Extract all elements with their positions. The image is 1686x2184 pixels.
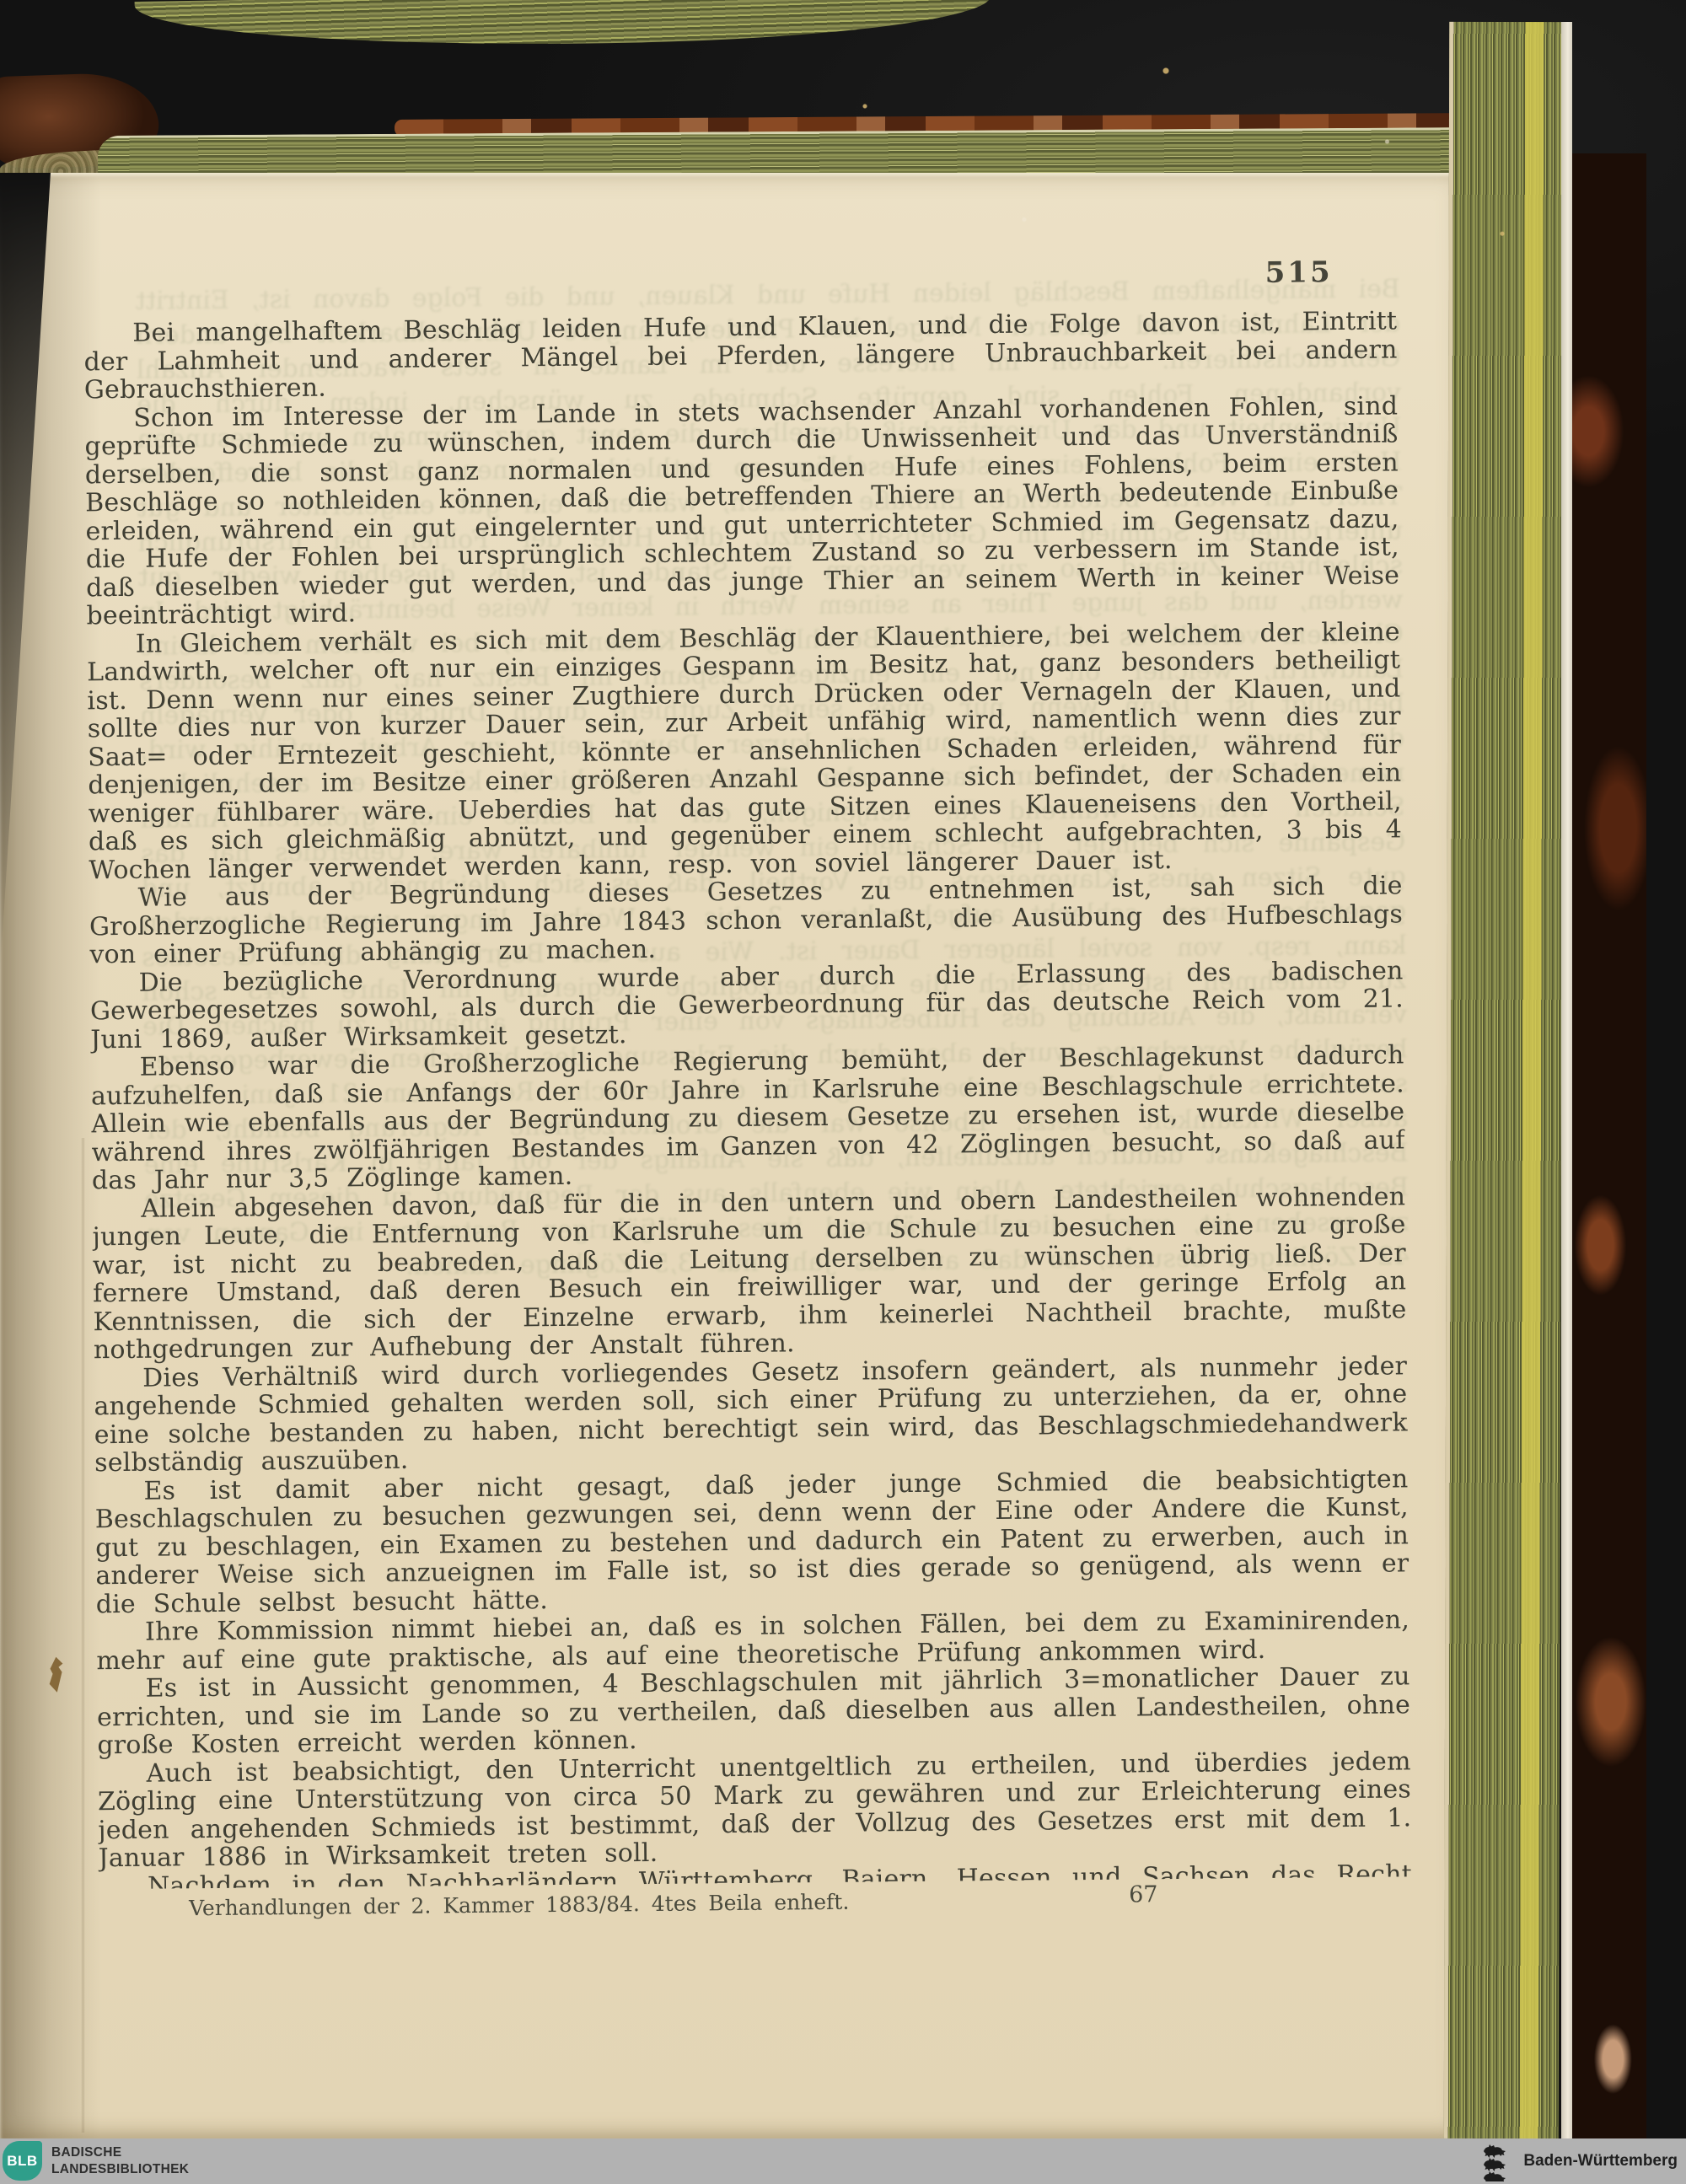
library-name-line2: LANDESBIBLIOTHEK (51, 2161, 189, 2178)
library-name: BADISCHE LANDESBIBLIOTHEK (51, 2144, 189, 2177)
paragraph: Allein abgesehen davon, daß für die in d… (92, 1183, 1407, 1365)
paragraph: Bei mangelhaftem Beschläg leiden Hufe un… (83, 307, 1398, 404)
book-scan-photo: Bei mangelhaftem Beschläg leiden Hufe un… (0, 0, 1686, 2184)
paragraph: In Gleichem verhält es sich mit dem Besc… (87, 618, 1403, 884)
blb-logo: BLB (3, 2141, 42, 2181)
paragraph: Ebenso war die Großherzogliche Regierung… (90, 1041, 1405, 1194)
page-text: Bei mangelhaftem Beschläg leiden Hufe un… (83, 307, 1412, 1889)
library-footer-bar: BLB BADISCHE LANDESBIBLIOTHEK Baden-Würt… (0, 2138, 1686, 2184)
paragraph: Es ist damit aber nicht gesagt, daß jede… (94, 1465, 1409, 1618)
state-branding: Baden-Württemberg (1481, 2138, 1678, 2184)
page-content: Bei mangelhaftem Beschläg leiden Hufe un… (0, 0, 1686, 2145)
library-name-line1: BADISCHE (51, 2144, 189, 2161)
blb-logo-text: BLB (7, 2153, 37, 2170)
paragraph: Dies Verhältniß wird durch vorliegendes … (94, 1352, 1408, 1478)
three-lions-icon (1481, 2141, 1515, 2181)
paragraph: Auch ist beabsichtigt, den Unterricht un… (98, 1747, 1412, 1873)
state-label: Baden-Württemberg (1523, 2152, 1678, 2171)
sheet-number: 67 (1129, 1881, 1158, 1908)
paragraph: Schon im Interesse der im Lande in stets… (84, 392, 1400, 631)
paragraph: Wie aus der Begründung dieses Gesetzes z… (89, 872, 1404, 969)
paragraph: Es ist in Aussicht genommen, 4 Beschlags… (97, 1662, 1411, 1759)
ink-blot (44, 1655, 69, 1694)
paragraph: Die bezügliche Verordnung wurde aber dur… (90, 957, 1404, 1054)
page-number: 515 (1252, 255, 1345, 290)
